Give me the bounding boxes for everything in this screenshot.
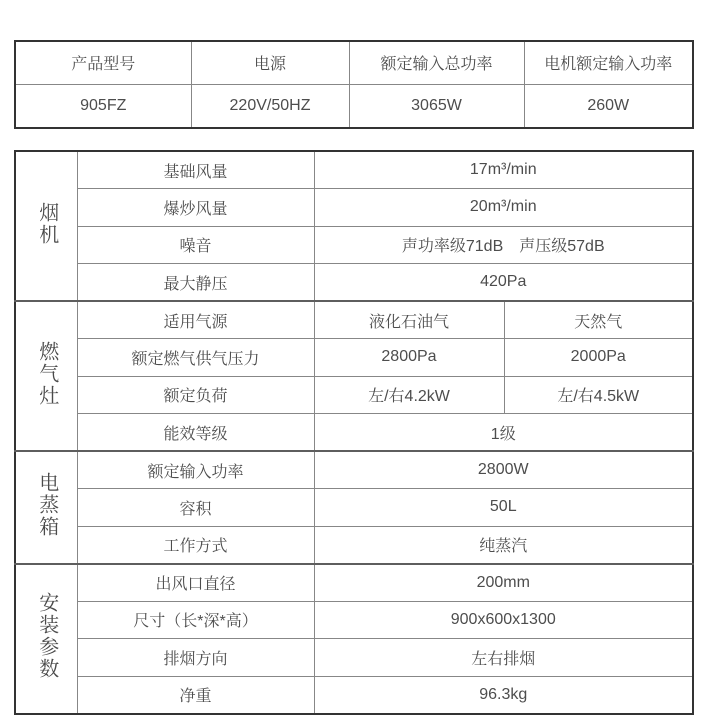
spec-value: 左右排烟 (314, 639, 693, 677)
spec-value-lpg: 2800Pa (314, 339, 504, 377)
spec-row: 最大静压 420Pa (15, 264, 693, 302)
spec-value: 420Pa (314, 264, 693, 302)
spec-row: 工作方式 纯蒸汽 (15, 526, 693, 564)
spec-label: 额定燃气供气压力 (77, 339, 314, 377)
group-label-text: 燃气灶 (35, 341, 58, 407)
group-label-text: 电蒸箱 (35, 472, 58, 538)
spec-value: 声功率级71dB 声压级57dB (314, 226, 693, 264)
spec-label: 净重 (77, 676, 314, 714)
group-label-gas-stove: 燃气灶 (15, 301, 77, 451)
spec-value: 96.3kg (314, 676, 693, 714)
spec-row: 能效等级 1级 (15, 414, 693, 452)
spec-table: 烟机 基础风量 17m³/min 爆炒风量 20m³/min 噪音 声功率级71… (14, 150, 694, 715)
spec-label: 容积 (77, 489, 314, 527)
header-motor-rated-input-power: 电机额定输入功率 (524, 41, 693, 84)
spec-sheet: 产品型号 电源 额定输入总功率 电机额定输入功率 905FZ 220V/50HZ… (0, 0, 706, 715)
spec-label: 爆炒风量 (77, 189, 314, 227)
spec-row: 安装参数 出风口直径 200mm (15, 564, 693, 602)
spec-value-natural-gas: 左/右4.5kW (504, 376, 693, 414)
spec-row: 烟机 基础风量 17m³/min (15, 151, 693, 189)
spec-label: 额定输入功率 (77, 451, 314, 489)
group-label-range-hood: 烟机 (15, 151, 77, 301)
spec-row: 额定负荷 左/右4.2kW 左/右4.5kW (15, 376, 693, 414)
spec-row: 容积 50L (15, 489, 693, 527)
spec-row: 尺寸（长*深*高） 900x600x1300 (15, 601, 693, 639)
group-label-steam-oven: 电蒸箱 (15, 451, 77, 564)
group-label-text: 安装参数 (35, 592, 58, 680)
spec-value: 50L (314, 489, 693, 527)
spec-label: 基础风量 (77, 151, 314, 189)
value-product-model: 905FZ (15, 84, 191, 128)
spec-label: 适用气源 (77, 301, 314, 339)
spec-value-lpg: 左/右4.2kW (314, 376, 504, 414)
spec-row: 燃气灶 适用气源 液化石油气 天然气 (15, 301, 693, 339)
spec-value: 900x600x1300 (314, 601, 693, 639)
spec-value: 2800W (314, 451, 693, 489)
spec-row: 爆炒风量 20m³/min (15, 189, 693, 227)
summary-header-row: 产品型号 电源 额定输入总功率 电机额定输入功率 (15, 41, 693, 84)
group-label-install-params: 安装参数 (15, 564, 77, 714)
spec-label: 能效等级 (77, 414, 314, 452)
spec-label: 尺寸（长*深*高） (77, 601, 314, 639)
spec-row: 额定燃气供气压力 2800Pa 2000Pa (15, 339, 693, 377)
spec-label: 工作方式 (77, 526, 314, 564)
header-power-supply: 电源 (191, 41, 349, 84)
spec-label: 额定负荷 (77, 376, 314, 414)
spec-value-natural-gas: 2000Pa (504, 339, 693, 377)
product-summary-table: 产品型号 电源 额定输入总功率 电机额定输入功率 905FZ 220V/50HZ… (14, 40, 694, 129)
spec-value: 17m³/min (314, 151, 693, 189)
spec-label: 排烟方向 (77, 639, 314, 677)
value-motor-rated-input-power: 260W (524, 84, 693, 128)
spec-label: 出风口直径 (77, 564, 314, 602)
summary-value-row: 905FZ 220V/50HZ 3065W 260W (15, 84, 693, 128)
spec-row: 排烟方向 左右排烟 (15, 639, 693, 677)
group-label-text: 烟机 (35, 202, 58, 246)
spec-row: 电蒸箱 额定输入功率 2800W (15, 451, 693, 489)
spec-value: 200mm (314, 564, 693, 602)
spec-value: 20m³/min (314, 189, 693, 227)
spec-row: 噪音 声功率级71dB 声压级57dB (15, 226, 693, 264)
header-rated-total-input-power: 额定输入总功率 (349, 41, 524, 84)
spec-value: 1级 (314, 414, 693, 452)
spec-value: 纯蒸汽 (314, 526, 693, 564)
spec-value-natural-gas: 天然气 (504, 301, 693, 339)
spec-label: 最大静压 (77, 264, 314, 302)
spec-label: 噪音 (77, 226, 314, 264)
value-rated-total-input-power: 3065W (349, 84, 524, 128)
spec-value-lpg: 液化石油气 (314, 301, 504, 339)
spec-row: 净重 96.3kg (15, 676, 693, 714)
value-power-supply: 220V/50HZ (191, 84, 349, 128)
header-product-model: 产品型号 (15, 41, 191, 84)
